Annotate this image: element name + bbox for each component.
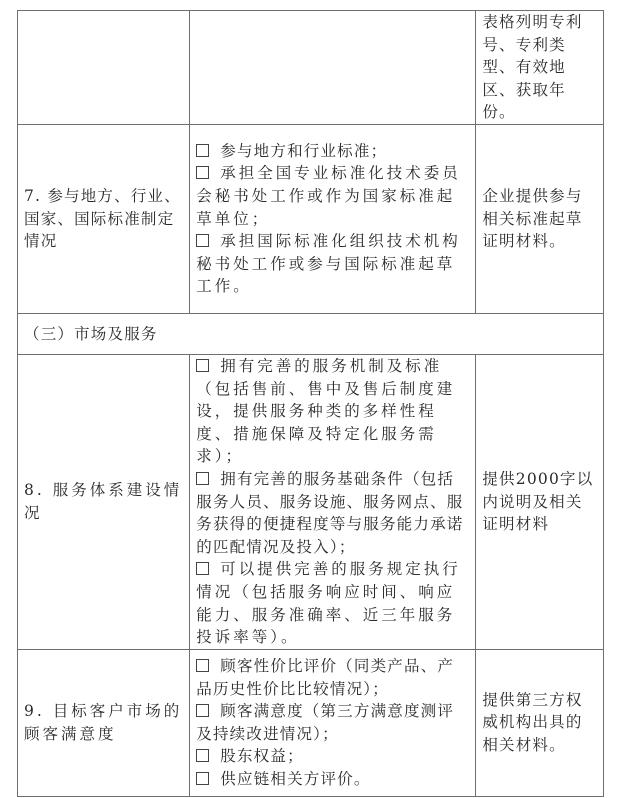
- option-item: 拥有完善的服务基础条件（包括服务人员、服务设施、服务网点、服务获得的便捷程度等与…: [196, 468, 469, 558]
- option-item: 供应链相关方评价。: [196, 768, 469, 791]
- section-row-market-service: （三）市场及服务: [18, 313, 604, 354]
- table-row-patent-continuation: 表格列明专利号、专利类型、有效地区、获取年份。: [18, 11, 604, 125]
- empty-checkbox-icon[interactable]: [196, 166, 209, 179]
- option-item: 股东权益；: [196, 745, 469, 768]
- table-row-customer-satisfaction: 9. 目标客户市场的顾客满意度 顾客性价比评价（同类产品、产品历史性价比比较情况…: [18, 649, 604, 796]
- empty-checkbox-icon[interactable]: [196, 144, 209, 157]
- options-cell: 参与地方和行业标准； 承担全国专业标准化技术委员会秘书处工作或作为国家标准起草单…: [190, 124, 476, 313]
- empty-checkbox-icon[interactable]: [196, 704, 209, 717]
- table-row-standards: 7. 参与地方、行业、国家、国际标准制定情况 参与地方和行业标准； 承担全国专业…: [18, 124, 604, 313]
- empty-checkbox-icon[interactable]: [196, 659, 209, 672]
- empty-checkbox-icon[interactable]: [196, 772, 209, 785]
- options-cell: [190, 11, 476, 125]
- option-item: 顾客性价比评价（同类产品、产品历史性价比比较情况）；: [196, 655, 469, 700]
- option-item: 拥有完善的服务机制及标准（包括售前、售中及售后制度建设，提供服务种类的多样性程度…: [196, 355, 469, 468]
- materials-cell: 提供2000字以内说明及相关证明材料: [476, 354, 604, 649]
- option-item: 顾客满意度（第三方满意度测评及持续改进情况）；: [196, 700, 469, 745]
- item-cell: 7. 参与地方、行业、国家、国际标准制定情况: [18, 124, 190, 313]
- item-cell: [18, 11, 190, 125]
- option-item: 可以提供完善的服务规定执行情况（包括服务响应时间、响应能力、服务准确率、近三年服…: [196, 558, 469, 648]
- table-row-service-system: 8. 服务体系建设情况 拥有完善的服务机制及标准（包括售前、售中及售后制度建设，…: [18, 354, 604, 649]
- materials-cell: 企业提供参与相关标准起草证明材料。: [476, 124, 604, 313]
- materials-cell: 表格列明专利号、专利类型、有效地区、获取年份。: [476, 11, 604, 125]
- empty-checkbox-icon[interactable]: [196, 359, 209, 372]
- materials-cell: 提供第三方权威机构出具的相关材料。: [476, 649, 604, 796]
- empty-checkbox-icon[interactable]: [196, 472, 209, 485]
- options-cell: 顾客性价比评价（同类产品、产品历史性价比比较情况）； 顾客满意度（第三方满意度测…: [190, 649, 476, 796]
- option-item: 参与地方和行业标准；: [196, 140, 469, 163]
- option-item: 承担国际标准化组织技术机构秘书处工作或参与国际标准起草工作。: [196, 230, 469, 298]
- criteria-table: 表格列明专利号、专利类型、有效地区、获取年份。 7. 参与地方、行业、国家、国际…: [17, 10, 604, 797]
- item-cell: 9. 目标客户市场的顾客满意度: [18, 649, 190, 796]
- empty-checkbox-icon[interactable]: [196, 749, 209, 762]
- options-cell: 拥有完善的服务机制及标准（包括售前、售中及售后制度建设，提供服务种类的多样性程度…: [190, 354, 476, 649]
- empty-checkbox-icon[interactable]: [196, 562, 209, 575]
- empty-checkbox-icon[interactable]: [196, 234, 209, 247]
- item-cell: 8. 服务体系建设情况: [18, 354, 190, 649]
- section-heading: （三）市场及服务: [18, 313, 604, 354]
- option-item: 承担全国专业标准化技术委员会秘书处工作或作为国家标准起草单位；: [196, 162, 469, 230]
